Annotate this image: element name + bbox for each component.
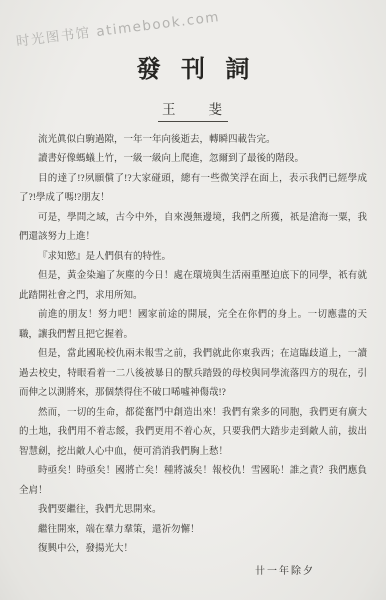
paragraph: 但是，當此國恥校仇兩未報雪之前，我們就此你東我西；在這臨歧道上，一讀過去校史，特…	[19, 345, 367, 404]
paragraph: 流光眞似白駒過隙，一年一年向後逝去，轉瞬四載告完。	[19, 131, 367, 151]
article-body: 流光眞似白駒過隙，一年一年向後逝去，轉瞬四載告完。 讀書好像螞蟻上竹，一級一級向…	[19, 131, 367, 560]
author-line: 王 斐	[0, 98, 386, 122]
paragraph: 復興中公，發揚光大！	[19, 540, 367, 560]
paragraph: 前進的朋友！努力吧！國家前途的開展，完全在你們的身上。一切應盡的天職，讓我們暫且…	[19, 306, 367, 345]
paragraph: 時亟矣！時亟矣！國將亡矣！種將滅矣！報校仇！雪國恥！誰之責？我們應負全肩！	[19, 462, 367, 501]
paragraph: 『求知慾』是人們俱有的特性。	[19, 248, 367, 268]
paragraph: 我們要繼往，我們尤思開來。	[19, 501, 367, 521]
paragraph: 讀書好像螞蟻上竹，一級一級向上爬進，忽爾到了最後的階段。	[19, 150, 367, 170]
paragraph: 但是，黃金染遍了灰塵的今日！處在環境與生活兩重壓迫底下的同學，祇有就此踏開社會之…	[19, 267, 367, 306]
paragraph: 然而，一切的生命，都從奮鬥中創造出來！我們有衆多的同胞，我們更有廣大的土地，我們…	[19, 404, 367, 463]
paragraph: 目的達了!?夙願償了!?大家碰頭，總有一些微笑浮在面上，表示我們已經學成了?!學…	[19, 170, 367, 209]
paragraph: 可是，學問之域，古今中外，自來漫無邊境，我們之所獲，祇是滄海一粟，我們還該努力上…	[19, 209, 367, 248]
signature-date: 卄一年除夕	[19, 562, 367, 577]
author-name: 王 斐	[158, 98, 228, 122]
scanned-page: 时光图书馆 atimebook.com 發刊詞 王 斐 流光眞似白駒過隙，一年一…	[0, 0, 386, 600]
paragraph: 繼往開來，端在羣力羣策，還祈勿懈！	[19, 521, 367, 541]
